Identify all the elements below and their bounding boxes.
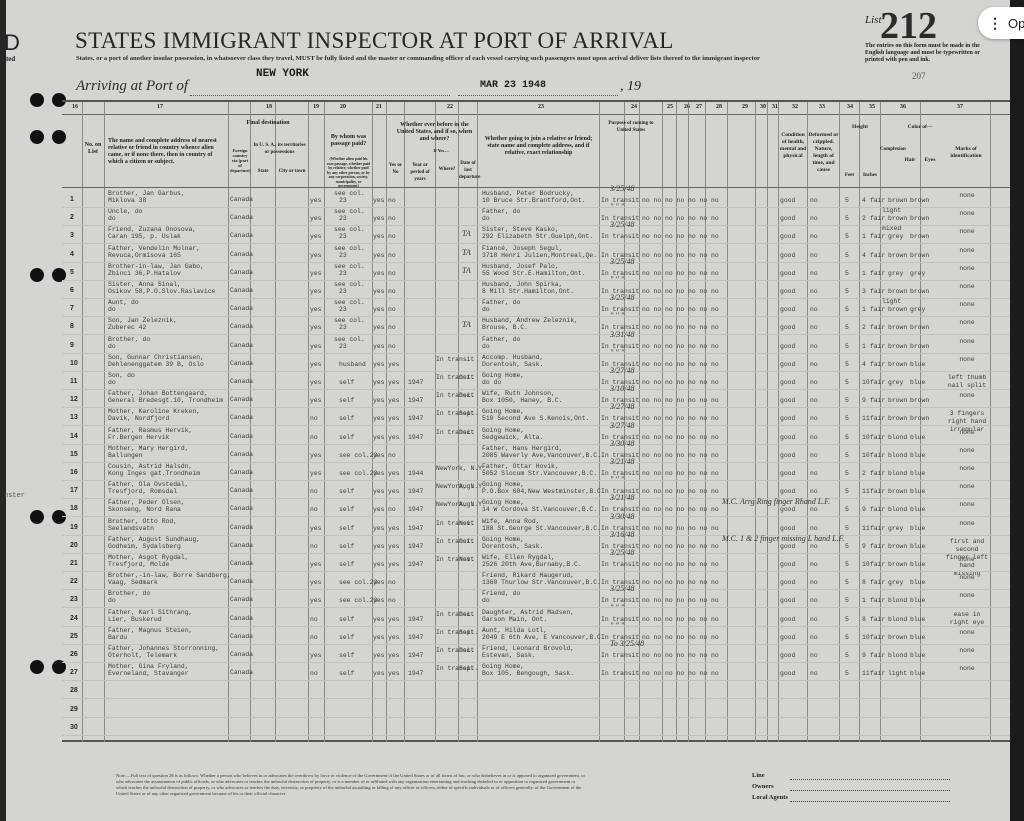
row-number: 1 xyxy=(70,196,74,203)
cell-passage-paid: self xyxy=(339,561,354,569)
cell-ticket: no xyxy=(310,488,318,496)
handwritten-annotation: M.C. Arrg Ring finger Rhand L.F. xyxy=(722,497,830,506)
cell-ticket: yes xyxy=(310,233,322,241)
cell-height-feet: 5 xyxy=(845,361,849,369)
cell-money: yes xyxy=(373,288,385,296)
cell-ticket: yes xyxy=(310,197,322,205)
handwritten-initials: TA xyxy=(462,320,471,329)
table-row: 11Son, do doCanadayesselfyesyes1947In tr… xyxy=(62,372,1010,390)
table-row: 19Brother, Otto Rod,SeelandsvatnCanadaye… xyxy=(62,518,1010,536)
cell-deformed: no xyxy=(810,324,818,332)
cell-health: good xyxy=(780,343,795,351)
column-numbers: 16 17 18 19 20 21 22 23 24 25 26 27 28 2… xyxy=(62,102,1010,115)
cell-eye-color: grey xyxy=(910,270,925,278)
cell-foreign-country: Canada xyxy=(230,578,253,586)
cell-year: 1947 xyxy=(408,543,423,551)
header-feet: Feet xyxy=(840,172,859,179)
table-row: 16Cousin, Astrid Halsdn,Kong Inges gat.T… xyxy=(62,463,1010,481)
table-row: 29 xyxy=(62,700,1010,718)
cell-eye-color: blue xyxy=(910,488,925,496)
cell-health: good xyxy=(780,652,795,660)
handwritten-date-stamp: 3/25/48 xyxy=(610,184,634,193)
cell-questions-25-31: no no no no no no no xyxy=(642,434,719,442)
cell-height-feet: 5 xyxy=(845,525,849,533)
cell-eye-color: blue xyxy=(910,543,925,551)
cell-relative-line2: Tresfjord, Molde xyxy=(108,561,169,569)
header-if-yes: If Yes— xyxy=(406,147,476,154)
cell-relative-line2: Zuberec 42 xyxy=(108,324,146,332)
row-number: 11 xyxy=(70,378,77,385)
row-number: 5 xyxy=(70,269,74,276)
row-number: 19 xyxy=(70,524,78,531)
cell-height-inches: 2 xyxy=(862,215,866,223)
cell-height-inches: 1 xyxy=(862,343,866,351)
cell-foreign-country: Canada xyxy=(230,214,253,222)
more-vert-icon: ⋮ xyxy=(988,15,1002,32)
page-title: STATES IMMIGRANT INSPECTOR AT PORT OF AR… xyxy=(75,28,674,54)
date-line xyxy=(458,95,618,96)
open-menu-button[interactable]: ⋮ Op xyxy=(978,7,1024,39)
cell-relative-line2: Seelandsvatn xyxy=(108,525,154,533)
cell-height-inches: 11 xyxy=(862,488,870,496)
cell-hair-color: brown xyxy=(888,252,907,260)
cell-height-feet: 5 xyxy=(845,470,849,478)
cell-height-feet: 5 xyxy=(845,488,849,496)
cell-money: yes xyxy=(373,415,385,423)
cell-height-inches: 9 xyxy=(862,506,866,514)
row-number: 24 xyxy=(70,615,78,622)
cell-hair-color: brown xyxy=(888,397,907,405)
owners-label: Owners xyxy=(752,783,774,790)
cell-hair-color: brown xyxy=(888,488,907,496)
cell-complexion-note: mixed xyxy=(882,225,901,233)
cell-ever-before: no xyxy=(388,597,396,605)
table-row: 13Mother, Karoline Kreken,Davik, Nordfjo… xyxy=(62,408,1010,426)
cell-complexion: fair xyxy=(870,397,885,405)
cell-hair-color: brown xyxy=(888,361,907,369)
cell-relative-line2: Skonseng, Nord Rana xyxy=(108,506,181,514)
handwritten-date-stamp: " " " xyxy=(610,475,624,484)
cell-passage-paid: self xyxy=(339,488,354,496)
cell-money: yes xyxy=(373,634,385,642)
cell-passage-paid: self xyxy=(339,506,354,514)
cell-complexion: fair xyxy=(870,434,885,442)
handwritten-initials: TA xyxy=(462,266,471,275)
punch-hole xyxy=(30,268,44,282)
cell-deformed: no xyxy=(810,343,818,351)
cell-foreign-country: Canada xyxy=(230,378,253,386)
row-number: 2 xyxy=(70,214,74,221)
cell-where-before: In transit xyxy=(436,356,474,364)
table-row: 26Father, Johannes Storronning,Oterholt,… xyxy=(62,645,1010,663)
punch-hole xyxy=(30,130,44,144)
cell-questions-25-31: no no no no no no no xyxy=(642,543,719,551)
cell-questions-25-31: no no no no no no no xyxy=(642,252,719,260)
cell-money: yes xyxy=(373,397,385,405)
cell-joining-line2: do do xyxy=(482,379,501,387)
cell-relative-line2: Lier, Buskerud xyxy=(108,616,162,624)
cell-marks: none xyxy=(944,574,990,582)
cell-foreign-country: Canada xyxy=(230,323,253,331)
cell-relative-line2: Dehlenenggatem 39 B, Oslo xyxy=(108,361,204,369)
cell-ticket: yes xyxy=(310,397,322,405)
cell-departure-month: Oct. xyxy=(459,374,474,382)
header-color-of: Color of— xyxy=(900,124,940,131)
cell-height-feet: 5 xyxy=(845,252,849,260)
cell-eye-color: blue xyxy=(910,561,925,569)
cell-height-inches: 9 xyxy=(862,543,866,551)
cell-hair-color: grey xyxy=(888,270,903,278)
cell-eye-color: brown xyxy=(910,233,929,241)
cell-complexion-note: light xyxy=(882,207,901,215)
cell-height-feet: 5 xyxy=(845,670,849,678)
cell-height-inches: 9 xyxy=(862,652,866,660)
cell-joining-line2: do xyxy=(482,597,490,605)
cell-joining-line2: 2526 20th Ave,Burnaby,B.C. xyxy=(482,561,582,569)
cell-eye-color: blue xyxy=(910,525,925,533)
cell-joining-line2: 510 Second Ave S.Kenois,Ont. xyxy=(482,415,589,423)
cell-height-inches: 10 xyxy=(862,434,870,442)
cell-height-feet: 5 xyxy=(845,233,849,241)
cell-year: 1947 xyxy=(408,616,423,624)
cell-ever-before: yes xyxy=(388,634,400,642)
cell-health: good xyxy=(780,597,795,605)
cell-money: yes xyxy=(373,579,385,587)
header-nearest-relative: The name and complete address of nearest… xyxy=(108,138,226,166)
cell-height-inches: 8 xyxy=(862,579,866,587)
cell-health: good xyxy=(780,215,795,223)
row-number: 29 xyxy=(70,706,78,713)
line-field xyxy=(790,779,950,780)
page-left-edge xyxy=(0,0,6,821)
cell-questions-25-31: no no no no no no no xyxy=(642,470,719,478)
cell-ever-before: no xyxy=(388,579,396,587)
cell-ticket: no xyxy=(310,434,318,442)
cell-height-feet: 5 xyxy=(845,579,849,587)
cell-deformed: no xyxy=(810,306,818,314)
cell-marks: ease in right eye xyxy=(944,611,990,627)
cell-complexion: fair xyxy=(870,379,885,387)
cell-health: good xyxy=(780,579,795,587)
cell-ticket: no xyxy=(310,670,318,678)
cell-health: good xyxy=(780,415,795,423)
cell-foreign-country: Canada xyxy=(230,633,253,641)
cell-foreign-country: Canada xyxy=(230,251,253,259)
handwritten-date-stamp: 3/21/48 xyxy=(610,493,634,502)
cell-height-feet: 5 xyxy=(845,215,849,223)
cell-ever-before: no xyxy=(388,452,396,460)
cell-complexion: fair xyxy=(870,525,885,533)
cell-questions-25-31: no no no no no no no xyxy=(642,343,719,351)
year-prefix: , 19 xyxy=(620,79,641,95)
cell-hair-color: grey xyxy=(888,525,903,533)
cell-money: yes xyxy=(373,361,385,369)
header-passage-paid: By whom was passage paid? xyxy=(326,134,371,148)
handwritten-date-stamp: " " " xyxy=(610,202,624,211)
cell-complexion: fair xyxy=(870,415,885,423)
header-deformed: Deformed or crippled. Nature, length of … xyxy=(808,132,839,174)
table-row: 22Brother,-in-law, Borre Sandberg,Vaag, … xyxy=(62,572,1010,590)
row-number: 16 xyxy=(70,469,78,476)
cell-joining-line2: 5052 Slocum Str.Vancouver,B.C. xyxy=(482,470,597,478)
cell-foreign-country: Canada xyxy=(230,669,253,677)
cell-joining-line2: Box 105, Bengough, Sask. xyxy=(482,670,574,678)
cell-deformed: no xyxy=(810,597,818,605)
cell-hair-color: brown xyxy=(888,306,907,314)
handwritten-date-stamp: 3/25/48 xyxy=(610,293,634,302)
cell-deformed: no xyxy=(810,252,818,260)
cell-health: good xyxy=(780,197,795,205)
header-final-destination: Final destination xyxy=(230,120,306,127)
cell-passage-paid: 23 xyxy=(339,252,347,260)
cell-eye-color: brown xyxy=(910,215,929,223)
handwritten-annotation: M.C. 1 & 2 finger missing L hand L.F. xyxy=(722,534,844,543)
cell-eye-color: blue xyxy=(910,470,925,478)
cell-marks: none xyxy=(944,319,990,327)
cell-departure-month: Aug. xyxy=(459,501,474,509)
cell-relative-line2: Caran 195, p. Uslak xyxy=(108,233,181,241)
cell-departure-month: Nov. xyxy=(459,556,474,564)
table-row: 17Father, Ola Ovstedal,Tresfjord, Romsda… xyxy=(62,481,1010,499)
cell-ever-before: yes xyxy=(388,379,400,387)
cell-foreign-country: Canada xyxy=(230,651,253,659)
cell-ever-before: yes xyxy=(388,488,400,496)
cell-hair-color: blond xyxy=(888,470,907,478)
cell-money: yes xyxy=(373,525,385,533)
handwritten-date-stamp: 3/30/48 xyxy=(610,439,634,448)
footnote-question-28: Note.—Full text of question 28 is as fol… xyxy=(116,773,586,797)
cell-eye-color: brown xyxy=(910,252,929,260)
cell-purpose: In transit xyxy=(601,561,639,569)
cell-marks: none xyxy=(944,465,990,473)
cell-complexion: fair xyxy=(870,197,885,205)
handwritten-date-stamp: " " " xyxy=(610,348,624,357)
cell-relative-line2: Miklova 38 xyxy=(108,197,146,205)
manifest-table: 16 17 18 19 20 21 22 23 24 25 26 27 28 2… xyxy=(62,100,1010,742)
cell-height-inches: 4 xyxy=(862,197,866,205)
cell-foreign-country: Canada xyxy=(230,615,253,623)
cell-height-feet: 5 xyxy=(845,434,849,442)
table-row: 18Father, Peder Olsen,Skonseng, Nord Ran… xyxy=(62,499,1010,517)
cell-foreign-country: Canada xyxy=(230,433,253,441)
cell-complexion: fair xyxy=(870,288,885,296)
cell-marks: none xyxy=(944,338,990,346)
arrival-date: MAR 23 1948 xyxy=(480,80,546,91)
cell-passage-paid: see col.23 xyxy=(339,597,377,605)
cell-questions-25-31: no no no no no no no xyxy=(642,324,719,332)
handwritten-date-stamp: 3/27/48 xyxy=(610,402,634,411)
handwritten-date-stamp: 3/16/48 xyxy=(610,530,634,539)
cell-height-inches: 8 xyxy=(862,616,866,624)
cell-health: good xyxy=(780,397,795,405)
table-row: 8Son, Jan Zeleznik,Zuberec 42Canadayesse… xyxy=(62,317,1010,335)
table-row: 20Father, August Sundhaug,Godheim, Sydal… xyxy=(62,536,1010,554)
cell-money: yes xyxy=(373,379,385,387)
handwritten-date-stamp: 3/25/48 xyxy=(610,548,634,557)
cell-year: 1947 xyxy=(408,434,423,442)
cell-height-feet: 5 xyxy=(845,197,849,205)
cell-marks: none xyxy=(944,247,990,255)
handwritten-initials: TA xyxy=(462,248,471,257)
handwritten-date-stamp: " " " xyxy=(610,621,624,630)
cell-joining-line2: 188 St.George St.Vancouver,B.C. xyxy=(482,525,601,533)
cell-health: good xyxy=(780,270,795,278)
row-number: 26 xyxy=(70,651,78,658)
cell-height-inches: 2 xyxy=(862,470,866,478)
cell-year: 1947 xyxy=(408,506,423,514)
cell-foreign-country: Canada xyxy=(230,287,253,295)
header-no-on-list: No. on List xyxy=(83,142,103,156)
cell-joining-line2: 2049 E 6th Ave, E Vancouver,B.C. xyxy=(482,634,605,642)
cell-marks: none xyxy=(944,556,990,564)
cell-relative-line2: Everneland, Stavanger xyxy=(108,670,189,678)
header-passage-paid-sub: (Whether alien paid his own passage, whe… xyxy=(326,157,371,189)
cell-money: yes xyxy=(373,670,385,678)
cell-joining-line2: 1360 Thurlow Str.Vancouver,B.C. xyxy=(482,579,601,587)
cell-health: good xyxy=(780,525,795,533)
row-number: 7 xyxy=(70,305,74,312)
cell-height-feet: 5 xyxy=(845,616,849,624)
cell-eye-color: brown xyxy=(910,397,929,405)
header-bottom-rule xyxy=(62,187,1010,188)
cell-passage-paid: see col.23 xyxy=(339,470,377,478)
header-height: Height xyxy=(840,124,880,131)
cell-health: good xyxy=(780,288,795,296)
cell-year: 1947 xyxy=(408,525,423,533)
cell-ever-before: yes xyxy=(388,652,400,660)
cell-relative-line2: Oterholt, Telemark xyxy=(108,652,177,660)
cell-eye-color: blue xyxy=(910,670,925,678)
cell-height-feet: 5 xyxy=(845,343,849,351)
cell-where-before: NewYork, N.Y. xyxy=(436,465,486,473)
cell-money: yes xyxy=(373,543,385,551)
cell-height-feet: 5 xyxy=(845,543,849,551)
header-state: State xyxy=(252,168,274,175)
cell-joining-line2: Estevan, Sask. xyxy=(482,652,536,660)
cell-complexion: fair xyxy=(870,616,885,624)
cell-relative-line2: Fr.Bergen Hervik xyxy=(108,434,169,442)
cell-ever-before: no xyxy=(388,343,396,351)
cell-foreign-country: Canada xyxy=(230,560,253,568)
cell-joining-line2: Box 1050, Haney, B.C. xyxy=(482,397,563,405)
cell-marks: none xyxy=(944,429,990,437)
cell-ticket: yes xyxy=(310,561,322,569)
cell-year: 1944 xyxy=(408,470,423,478)
cell-foreign-country: Canada xyxy=(230,232,253,240)
cell-ever-before: no xyxy=(388,324,396,332)
cell-health: good xyxy=(780,670,795,678)
cell-ticket: yes xyxy=(310,525,322,533)
cell-joining-line2: Brouse, B.C. xyxy=(482,324,528,332)
cell-eye-color: grey xyxy=(910,306,925,314)
cell-height-feet: 5 xyxy=(845,270,849,278)
header-joining: Whether going to join a relative or frie… xyxy=(480,136,597,157)
cell-year: 1947 xyxy=(408,634,423,642)
cell-hair-color: grey xyxy=(888,579,903,587)
cell-hair-color: brown xyxy=(888,215,907,223)
cell-hair-color: blond xyxy=(888,597,907,605)
cell-complexion: fair xyxy=(870,579,885,587)
cell-foreign-country: Canada xyxy=(230,451,253,459)
cell-year: 1947 xyxy=(408,379,423,387)
cell-complexion: fair xyxy=(870,324,885,332)
table-row: 1Brother, Jan Garbus,Miklova 38Canadayes… xyxy=(62,190,1010,208)
cell-ever-before: no xyxy=(388,288,396,296)
row-number: 4 xyxy=(70,251,74,258)
row-number: 6 xyxy=(70,287,74,294)
cell-passage-paid: husband xyxy=(339,361,366,369)
row-number: 23 xyxy=(70,596,78,603)
cell-joining-line2: do xyxy=(482,215,490,223)
header-yes-no: Yes or No xyxy=(387,162,404,176)
cell-height-inches: 4 xyxy=(862,361,866,369)
local-agents-label: Local Agents xyxy=(752,794,788,801)
cell-marks: none xyxy=(944,665,990,673)
cell-money: yes xyxy=(373,324,385,332)
cell-questions-25-31: no no no no no no no xyxy=(642,634,719,642)
cell-ticket: yes xyxy=(310,379,322,387)
cell-departure-month: Aug. xyxy=(459,483,474,491)
cell-passage-paid: self xyxy=(339,670,354,678)
cell-purpose: In transit xyxy=(601,670,639,678)
cell-eye-color: brown xyxy=(910,197,929,205)
cell-foreign-country: Canada xyxy=(230,342,253,350)
cell-departure-month: Nov. xyxy=(459,520,474,528)
cell-ticket: yes xyxy=(310,343,322,351)
cell-passage-paid: self xyxy=(339,543,354,551)
cell-ticket: no xyxy=(310,634,318,642)
handwritten-date-stamp: 3/30/48 xyxy=(610,512,634,521)
cell-hair-color: brown xyxy=(888,634,907,642)
table-row: 21Mother, Asgot Rygdal,Tresfjord, MoldeC… xyxy=(62,554,1010,572)
open-button-label: Op xyxy=(1008,16,1024,31)
cell-complexion: fair xyxy=(870,506,885,514)
cell-ticket: yes xyxy=(310,324,322,332)
cell-marks: none xyxy=(944,501,990,509)
cell-joining-line2: Sedgewick, Alta. xyxy=(482,434,543,442)
cell-height-feet: 5 xyxy=(845,634,849,642)
cell-marks: none xyxy=(944,629,990,637)
row-number: 21 xyxy=(70,560,78,567)
handwritten-date-stamp: 3/25/48 xyxy=(610,220,634,229)
cell-questions-25-31: no no no no no no no xyxy=(642,288,719,296)
header-where: Where? xyxy=(436,166,458,173)
cell-questions-25-31: no no no no no no no xyxy=(642,597,719,605)
cell-passage-paid: self xyxy=(339,397,354,405)
cell-ticket: yes xyxy=(310,215,322,223)
cell-height-inches: 3 xyxy=(862,288,866,296)
table-row: 4Father, Vendelin Molnar,Revuca,Ormisova… xyxy=(62,245,1010,263)
cell-questions-25-31: no no no no no no no xyxy=(642,616,719,624)
header-complexion: Complexion xyxy=(880,146,900,153)
row-number: 8 xyxy=(70,323,74,330)
manifest-page: D ited nster STATES IMMIGRANT INSPECTOR … xyxy=(0,0,1010,821)
cell-health: good xyxy=(780,506,795,514)
cell-hair-color: brown xyxy=(888,343,907,351)
cell-foreign-country: Canada xyxy=(230,524,253,532)
table-row: 23Brother, do doCanadayessee col.23yesno… xyxy=(62,590,1010,608)
table-row: 30 xyxy=(62,718,1010,736)
cell-complexion: fair xyxy=(870,233,885,241)
table-row: 9Brother, do doCanadayessee col.23yesnoF… xyxy=(62,336,1010,354)
header-ever-before: Whether ever before in the United States… xyxy=(392,122,477,143)
handwritten-date-stamp: 3/10/48 xyxy=(610,384,634,393)
cell-year: 1947 xyxy=(408,415,423,423)
cell-ever-before: no xyxy=(388,506,396,514)
header-date-departure: Date of last departure xyxy=(459,160,477,181)
cell-money: yes xyxy=(373,343,385,351)
cell-complexion: fair xyxy=(870,215,885,223)
